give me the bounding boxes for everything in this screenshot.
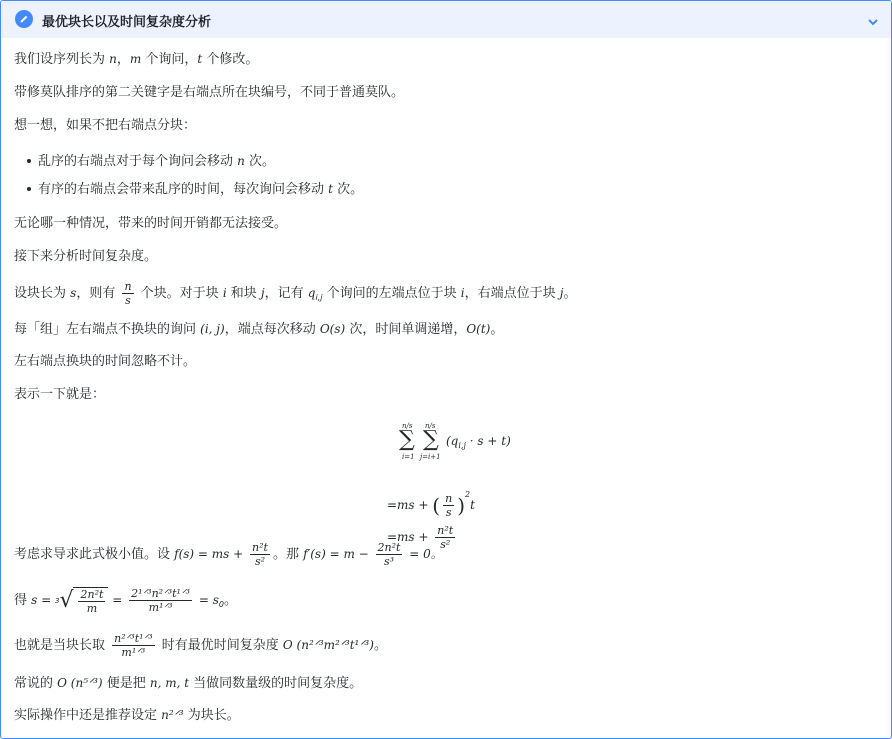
paragraph-derivative: 考虑求导求此式极小值。设 f(s) = ms + n²ts²。那 f′(s) =…: [14, 537, 443, 572]
admonition-title: 最优块长以及时间复杂度分析: [42, 11, 211, 30]
bullet-icon: [27, 187, 31, 191]
paragraph-sort-key: 带修莫队排序的第二关键字是右端点所在块编号，不同于普通莫队。: [14, 85, 404, 101]
paragraph-recommend: 实际操作中还是推荐设定 n²ᐟ³ 为块长。: [14, 707, 240, 724]
bullet-icon: [27, 159, 31, 163]
paragraph-unacceptable: 无论哪一种情况，带来的时间开销都无法接受。: [14, 216, 287, 232]
chevron-down-icon[interactable]: [867, 13, 879, 25]
paragraph-ignore: 左右端点换块的时间忽略不计。: [14, 354, 196, 370]
list-item: 有序的右端点会带来乱序的时间，每次询问会移动 t 次。: [38, 181, 363, 198]
paragraph-optimal: 也就是当块长取 n²ᐟ³t¹ᐟ³m¹ᐟ³ 时有最优时间复杂度 O (n²ᐟ³m²…: [14, 628, 387, 663]
paragraph-common: 常说的 O (n⁵ᐟ³) 便是把 n, m, t 当做同数量级的时间复杂度。: [14, 675, 362, 692]
paragraph-next: 接下来分析时间复杂度。: [14, 249, 157, 265]
paragraph-group: 每「组」左右端点不换块的询问 (i, j)，端点每次移动 O(s) 次，时间单调…: [14, 321, 503, 338]
pencil-icon: [15, 10, 33, 28]
admonition-box: 最优块长以及时间复杂度分析 我们设序列长为 n，m 个询问，t 个修改。 带修莫…: [0, 0, 892, 739]
paragraph-block-setup: 设块长为 s，则有 ns 个块。对于块 i 和块 j，记有 qi,j 个询问的左…: [14, 278, 576, 313]
paragraph-represent: 表示一下就是：: [14, 387, 105, 403]
list-item: 乱序的右端点对于每个询问会移动 n 次。: [38, 153, 275, 170]
paragraph-solve-s: 得 s = 3√2n²tm = 2¹ᐟ³n²ᐟ³t¹ᐟ³m¹ᐟ³ = s0。: [14, 582, 237, 623]
paragraph-intro: 我们设序列长为 n，m 个询问，t 个修改。: [14, 51, 258, 68]
paragraph-think: 想一想，如果不把右端点分块：: [14, 118, 196, 134]
admonition-header[interactable]: 最优块长以及时间复杂度分析: [1, 1, 891, 38]
